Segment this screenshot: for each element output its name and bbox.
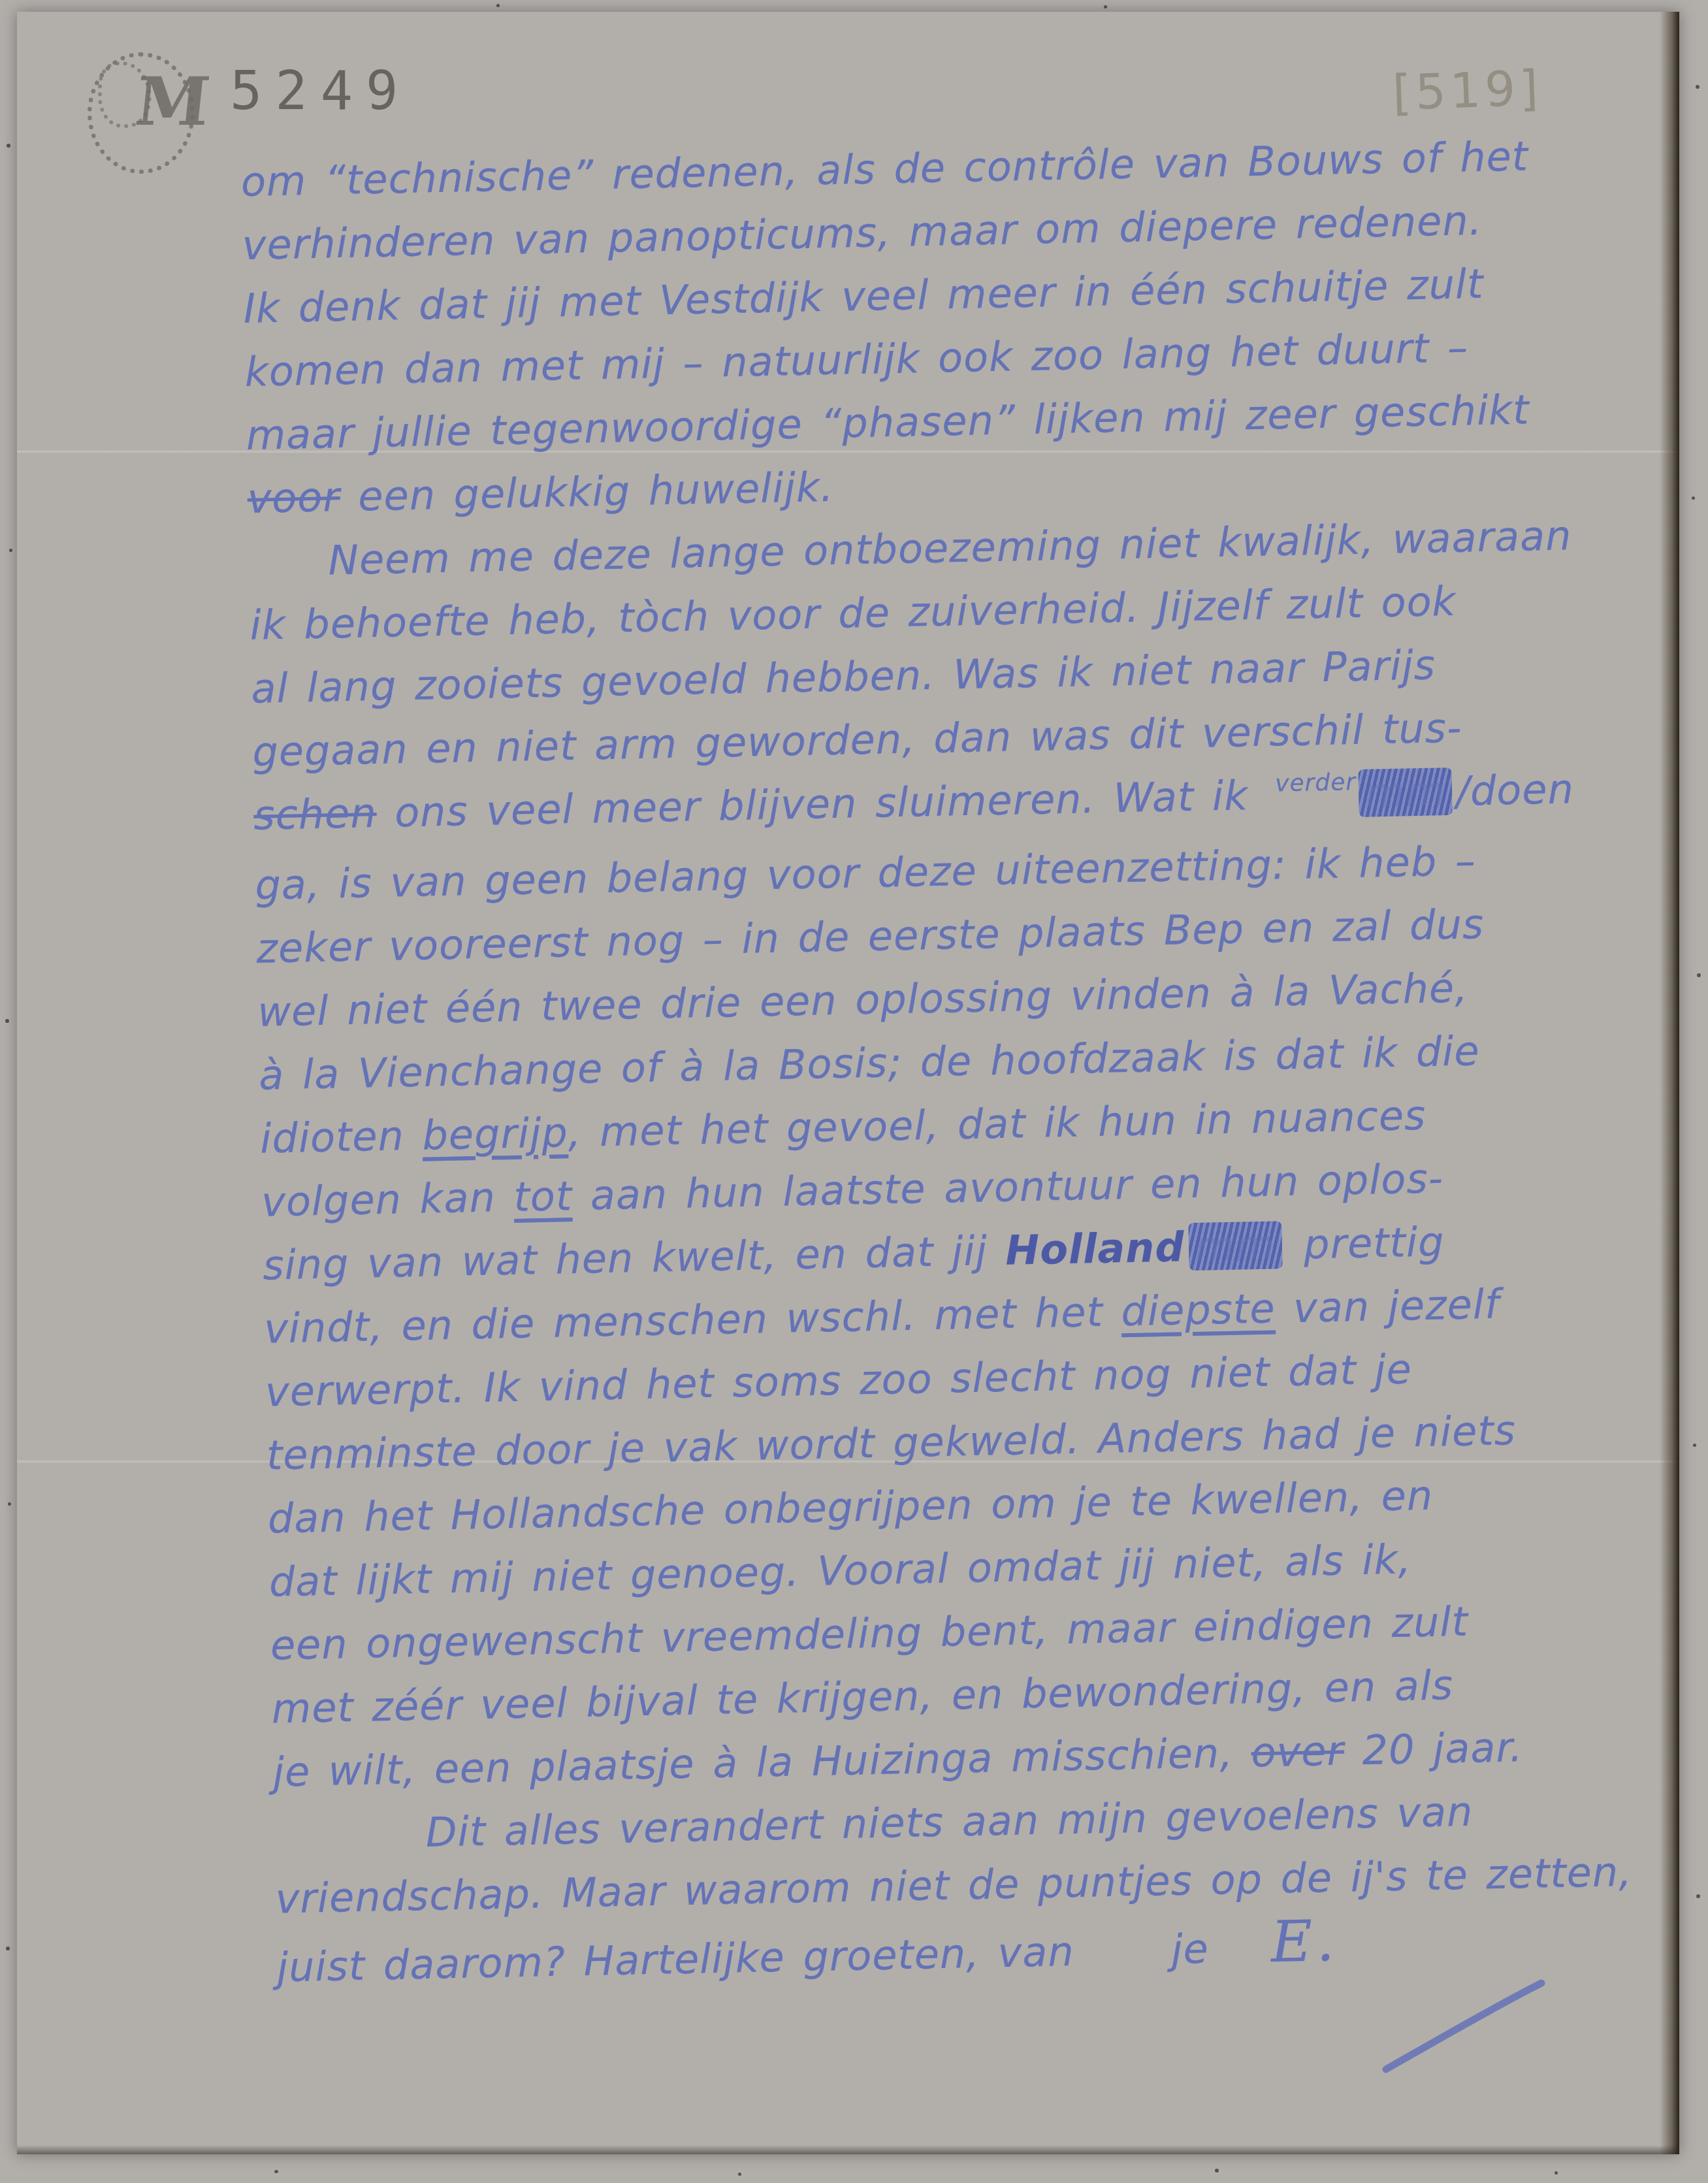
page-reference-pencil: [519] — [1392, 60, 1543, 121]
paper-edge-shadow-bottom — [17, 2145, 1679, 2154]
stamp-number: 5249 — [230, 60, 411, 122]
text-segment: 20 jaar. — [1344, 1723, 1523, 1774]
text-segment: , met het gevoel, dat ik hun in nuances — [568, 1091, 1426, 1156]
text-segment: Holland — [1005, 1223, 1185, 1274]
text-segment: je wilt, een plaatsje à la Huizinga miss… — [272, 1728, 1251, 1796]
signature-flourish — [1377, 1977, 1553, 2075]
text-segment: ons veel meer blijven sluimeren. Wat ik — [376, 771, 1267, 837]
text-segment: sing van wat hen kwelt, en dat jij — [263, 1227, 1007, 1289]
underlined-word: diepste — [1121, 1285, 1276, 1336]
text-segment: juist daarom? Hartelijke groeten, van — [276, 1928, 1074, 1991]
paper-edge-shadow-right — [1660, 12, 1679, 2154]
paper-sheet: M 5249 [519] om “technische” redenen, al… — [17, 12, 1679, 2154]
scan-background: { "annotations": { "stamp_monogram": "M"… — [0, 0, 1708, 2183]
underlined-word: begrijp — [422, 1108, 569, 1159]
struck-word: voor — [247, 473, 340, 523]
signature-initial: E. — [1270, 1908, 1339, 1975]
struck-word: schen — [253, 789, 378, 839]
inserted-word: verder — [1274, 751, 1357, 815]
underlined-word: tot — [513, 1172, 573, 1221]
text-segment: idioten — [260, 1112, 423, 1163]
text-segment: aan hun laatste avontuur en hun oplos- — [572, 1154, 1443, 1220]
text-segment: vindt, en die menschen wschl. met het — [263, 1287, 1121, 1352]
scribbled-out-word: mm — [1359, 768, 1453, 817]
scribbled-out-word: mm — [1188, 1221, 1282, 1270]
text-segment: je — [1171, 1925, 1210, 1973]
struck-word: over — [1251, 1727, 1345, 1777]
text-segment: prettig — [1285, 1218, 1445, 1269]
text-segment: van jezelf — [1275, 1280, 1500, 1333]
text-segment: /doen — [1455, 765, 1574, 815]
text-segment: een gelukkig huwelijk. — [340, 463, 834, 521]
stamp-monogram: M — [132, 63, 214, 141]
text-segment: volgen kan — [261, 1173, 515, 1226]
letter-body: om “technische” redenen, als de contrôle… — [240, 122, 1668, 1999]
